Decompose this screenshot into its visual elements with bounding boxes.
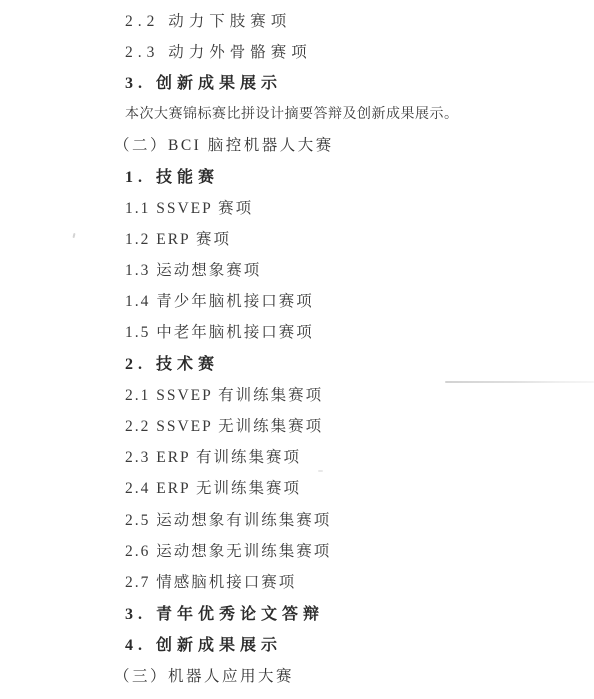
doc-line: 2.5 运动想象有训练集赛项	[0, 503, 594, 534]
doc-line: 1.2 ERP 赛项	[0, 222, 594, 253]
doc-paragraph: 本次大赛锦标赛比拼设计摘要答辩及创新成果展示。	[0, 98, 594, 129]
doc-line: 2.2 SSVEP 无训练集赛项	[0, 409, 594, 440]
doc-line: 1.3 运动想象赛项	[0, 254, 594, 285]
document-page: 2.2 动力下肢赛项 2.3 动力外骨骼赛项 3. 创新成果展示 本次大赛锦标赛…	[0, 0, 594, 699]
scan-artifact-line	[445, 381, 594, 383]
doc-heading: 2. 技术赛	[0, 347, 594, 378]
doc-line: 2.6 运动想象无训练集赛项	[0, 534, 594, 565]
doc-line: 1.1 SSVEP 赛项	[0, 191, 594, 222]
doc-line: 2.7 情感脑机接口赛项	[0, 565, 594, 596]
doc-line: 2.4 ERP 无训练集赛项	[0, 472, 594, 503]
doc-subsection-heading: （三）机器人应用大赛	[0, 659, 594, 690]
doc-line: 1.5 中老年脑机接口赛项	[0, 316, 594, 347]
scan-artifact-speckle	[318, 470, 323, 472]
doc-line: 2.2 动力下肢赛项	[0, 4, 594, 35]
doc-line: 1.4 青少年脑机接口赛项	[0, 285, 594, 316]
doc-heading: 1. 技能赛	[0, 160, 594, 191]
doc-heading: 3. 青年优秀论文答辩	[0, 597, 594, 628]
document-body: 2.2 动力下肢赛项 2.3 动力外骨骼赛项 3. 创新成果展示 本次大赛锦标赛…	[0, 4, 594, 690]
doc-heading: 3. 创新成果展示	[0, 66, 594, 97]
doc-line: 2.3 ERP 有训练集赛项	[0, 441, 594, 472]
doc-heading: 4. 创新成果展示	[0, 628, 594, 659]
doc-subsection-heading: （二）BCI 脑控机器人大赛	[0, 129, 594, 160]
doc-line: 2.3 动力外骨骼赛项	[0, 35, 594, 66]
